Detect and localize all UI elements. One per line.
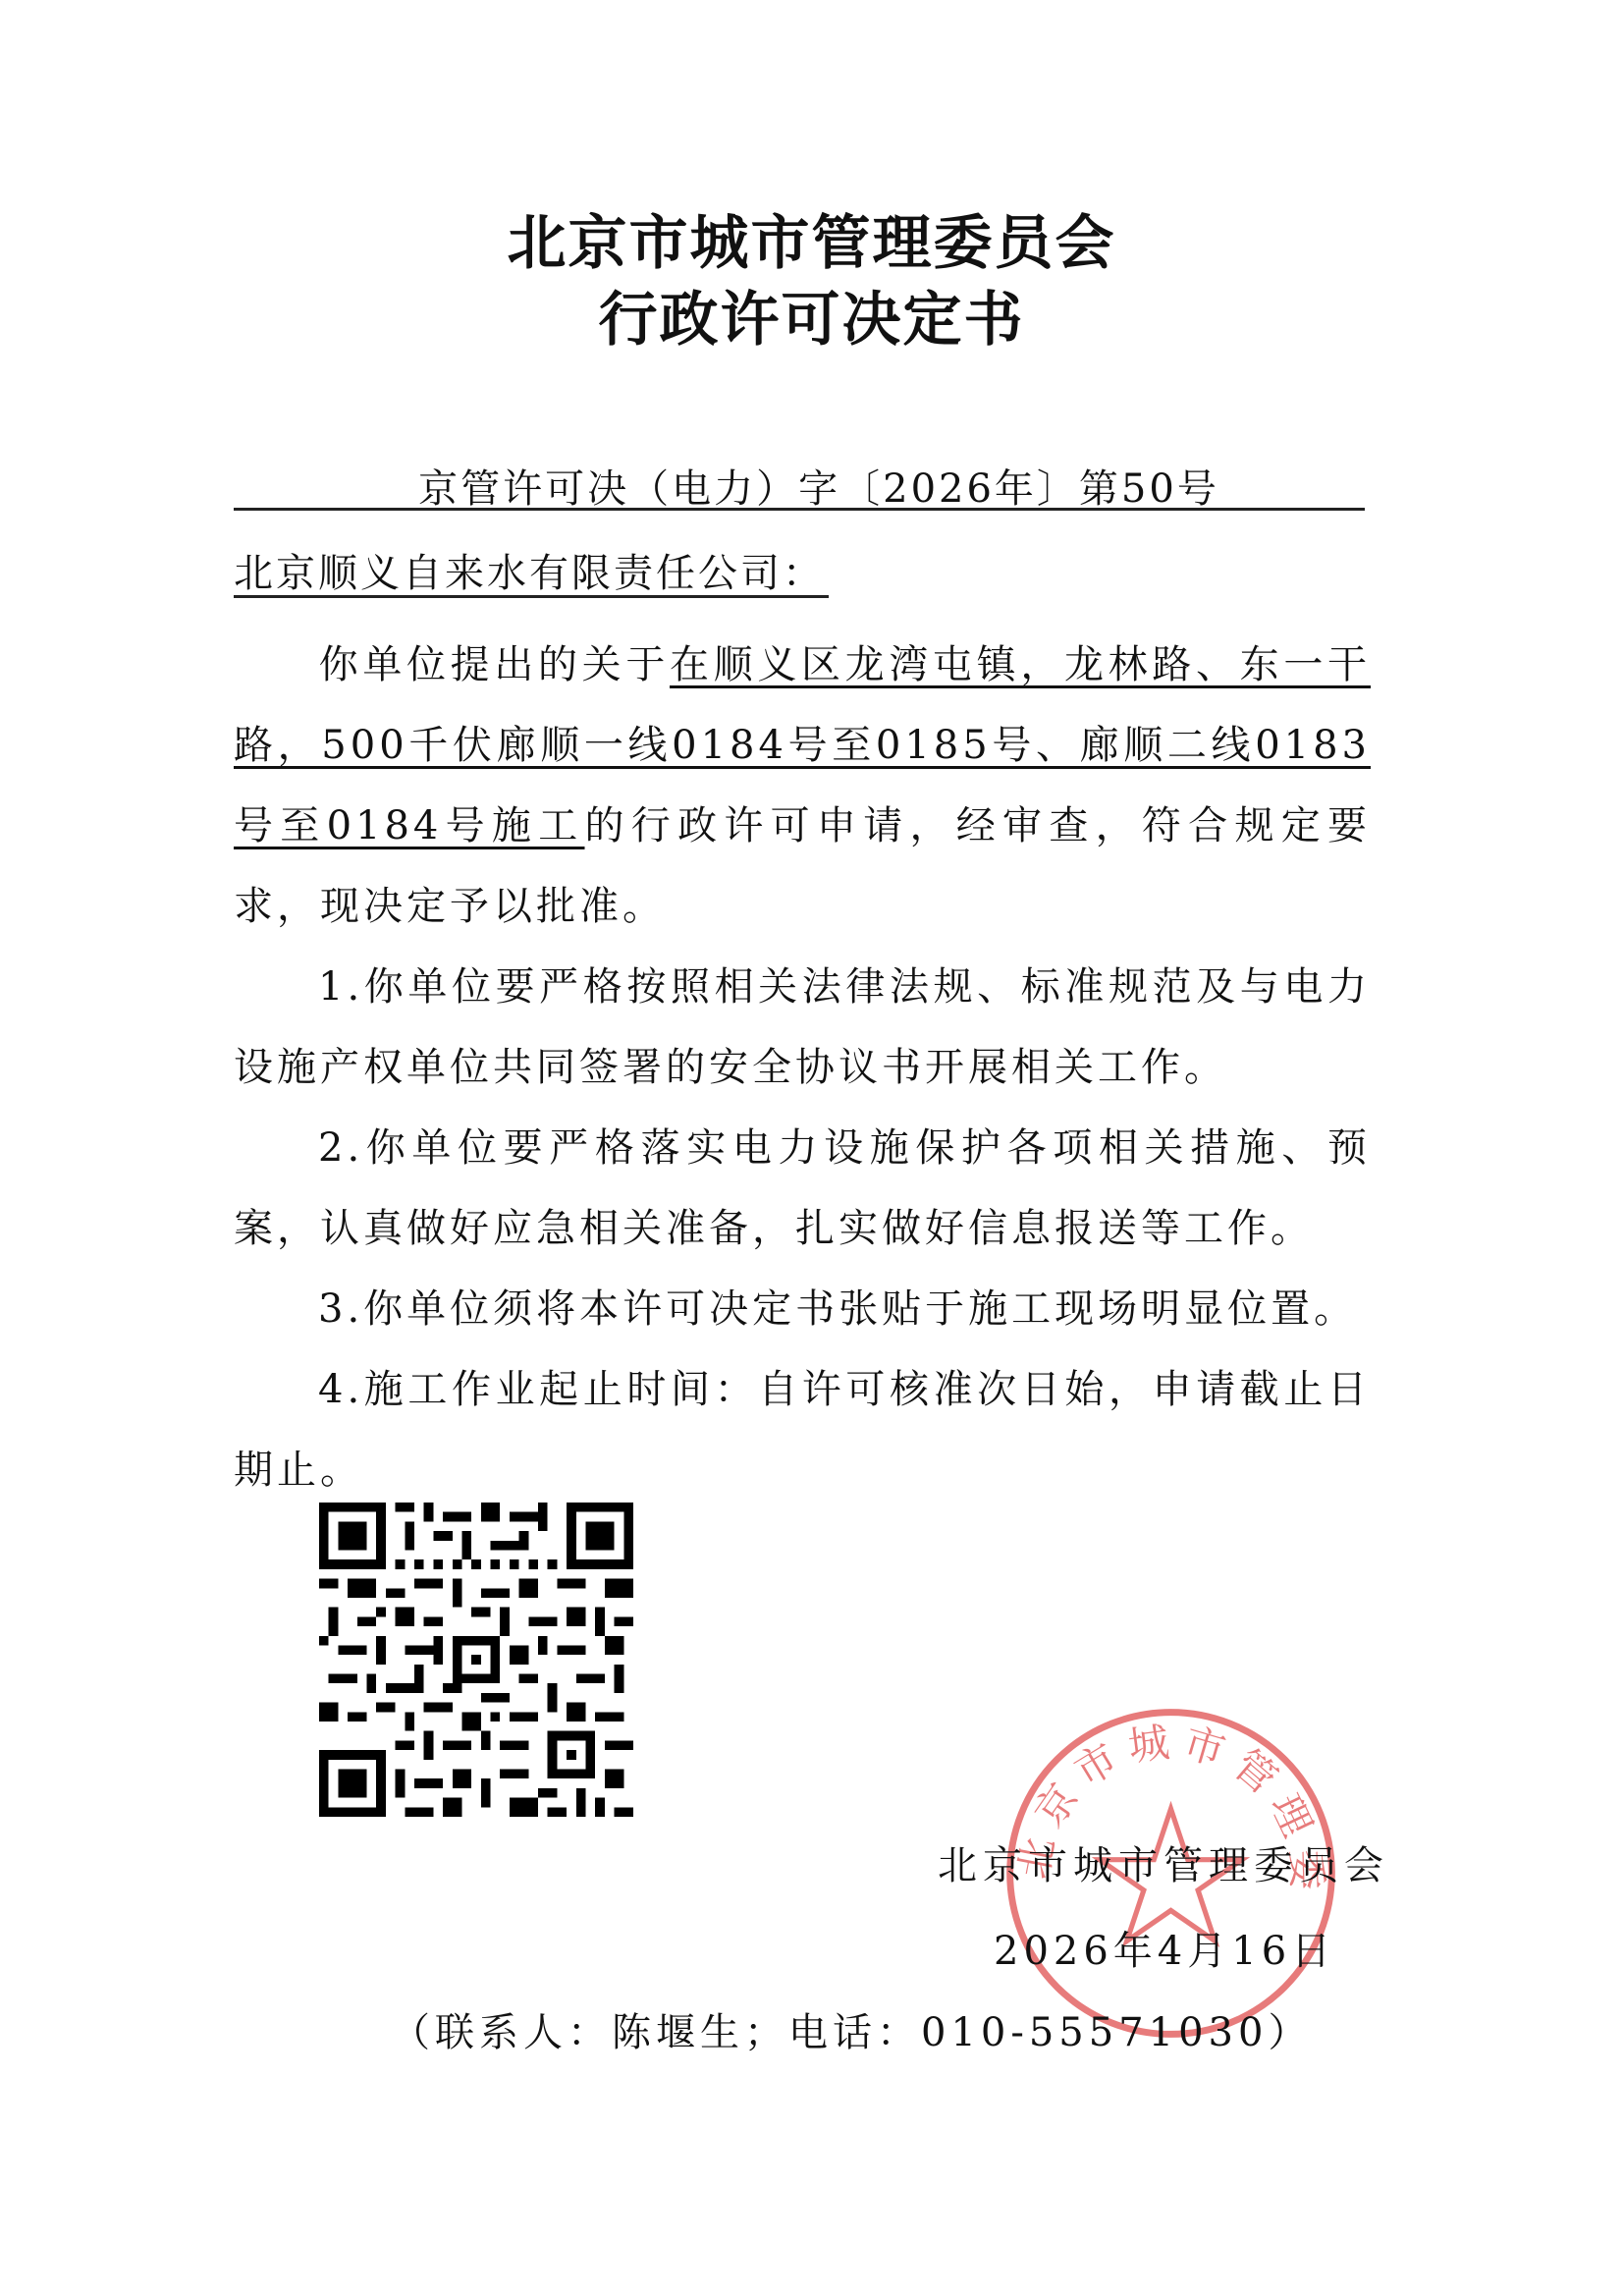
document-title-line1: 北京市城市管理委员会 (0, 214, 1623, 273)
qr-code-icon (319, 1503, 633, 1817)
condition-item-4: 4.施工作业起止时间：自许可核准次日始，申请截止日期止。 (234, 1349, 1371, 1510)
recipient: 北京顺义自来水有限责任公司： (234, 552, 829, 598)
intro-paragraph: 你单位提出的关于在顺义区龙湾屯镇，龙林路、东一干路，500千伏廊顺一线0184号… (234, 625, 1371, 947)
condition-item-1: 1.你单位要严格按照相关法律法规、标准规范及与电力设施产权单位共同签署的安全协议… (234, 947, 1371, 1108)
condition-item-2: 2.你单位要严格落实电力设施保护各项相关措施、预案，认真做好应急相关准备，扎实做… (234, 1108, 1371, 1269)
document-title-line2: 行政许可决定书 (0, 291, 1623, 350)
issuing-organization: 北京市城市管理委员会 (938, 1844, 1389, 1887)
document-number: 京管许可决（电力）字〔2026年〕第50号 (234, 467, 1365, 511)
contact-info: （联系人：陈堰生；电话：010-55571030） (391, 2011, 1312, 2054)
condition-item-3: 3.你单位须将本许可决定书张贴于施工现场明显位置。 (234, 1269, 1371, 1349)
intro-prefix: 你单位提出的关于 (318, 642, 670, 687)
issue-date: 2026年4月16日 (994, 1930, 1335, 1973)
